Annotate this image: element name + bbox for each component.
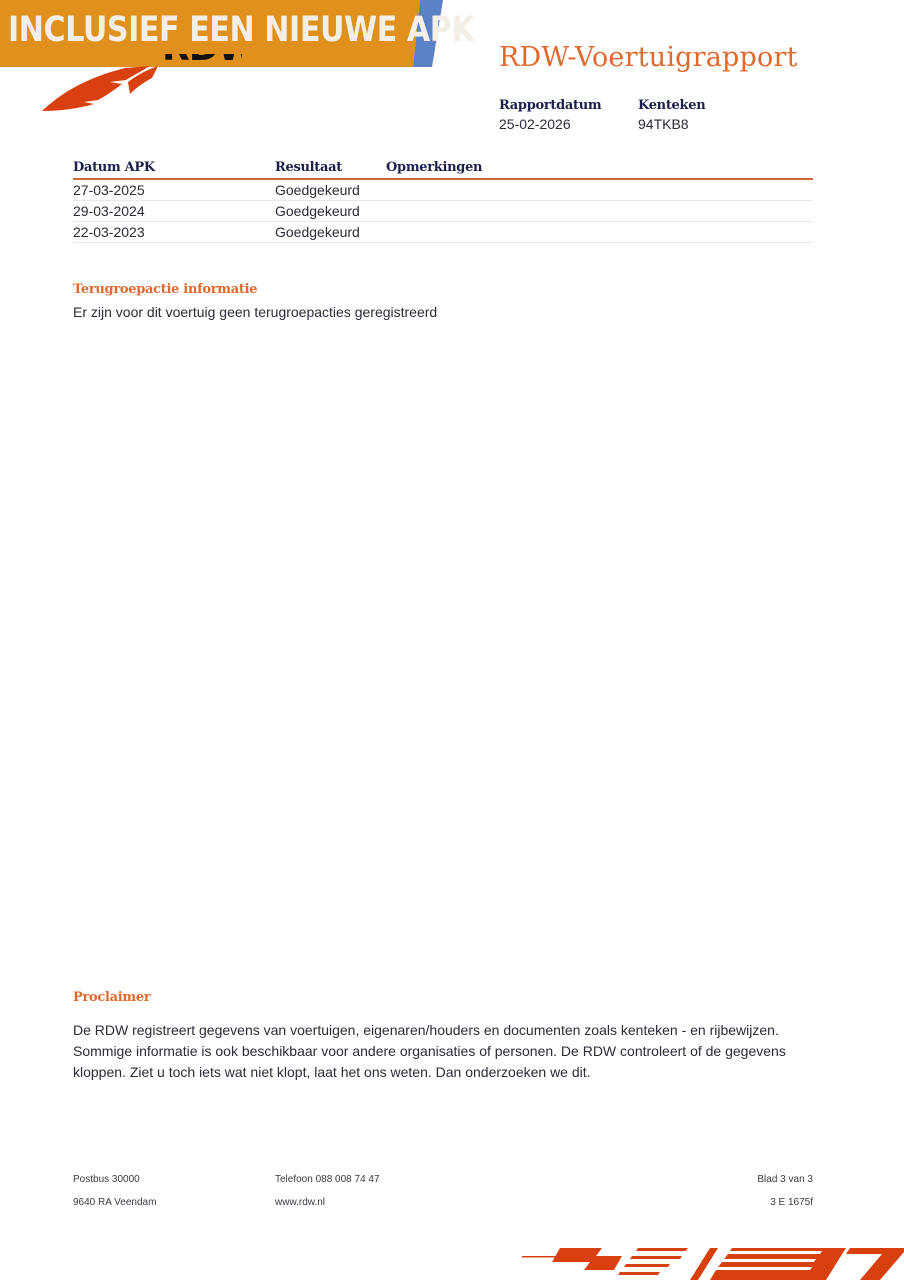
disclaimer-title: Proclaimer bbox=[73, 990, 150, 1005]
report-title: RDW-Voertuigrapport bbox=[499, 42, 798, 73]
footer-website[interactable]: www.rdw.nl bbox=[275, 1197, 325, 1208]
footer-document-code: 3 E 1675f bbox=[770, 1197, 813, 1208]
column-header-date: Datum APK bbox=[73, 160, 275, 179]
license-plate-value: 94TKB8 bbox=[638, 116, 705, 132]
apk-remarks bbox=[386, 201, 813, 222]
apk-history-table: Datum APK Resultaat Opmerkingen 27-03-20… bbox=[73, 160, 813, 243]
recall-section-title: Terugroepactie informatie bbox=[73, 282, 257, 297]
apk-date: 29-03-2024 bbox=[73, 201, 275, 222]
table-header-row: Datum APK Resultaat Opmerkingen bbox=[73, 160, 813, 179]
rdw-logo-icon bbox=[40, 66, 260, 116]
rdw-stripes-logo-icon bbox=[510, 1240, 904, 1280]
footer-address-line1: Postbus 30000 bbox=[73, 1174, 140, 1185]
disclaimer-text: De RDW registreert gegevens van voertuig… bbox=[73, 1020, 813, 1083]
disclaimer-line: De RDW registreert gegevens van voertuig… bbox=[73, 1020, 813, 1041]
recall-section-text: Er zijn voor dit voertuig geen terugroep… bbox=[73, 304, 437, 320]
table-row: 22-03-2023 Goedgekeurd bbox=[73, 222, 813, 243]
report-date-value: 25-02-2026 bbox=[499, 116, 601, 132]
apk-remarks bbox=[386, 222, 813, 243]
apk-date: 22-03-2023 bbox=[73, 222, 275, 243]
footer-phone: Telefoon 088 008 74 47 bbox=[275, 1174, 380, 1185]
report-date: Rapportdatum 25-02-2026 bbox=[499, 98, 601, 132]
footer-address-line2: 9640 RA Veendam bbox=[73, 1197, 156, 1208]
apk-result: Goedgekeurd bbox=[275, 222, 386, 243]
apk-result: Goedgekeurd bbox=[275, 201, 386, 222]
apk-date: 27-03-2025 bbox=[73, 179, 275, 201]
footer-page-number: Blad 3 van 3 bbox=[757, 1174, 813, 1185]
report-date-label: Rapportdatum bbox=[499, 98, 601, 113]
disclaimer-line: kloppen. Ziet u toch iets wat niet klopt… bbox=[73, 1062, 813, 1083]
license-plate-label: Kenteken bbox=[638, 98, 705, 113]
table-row: 29-03-2024 Goedgekeurd bbox=[73, 201, 813, 222]
license-plate: Kenteken 94TKB8 bbox=[638, 98, 705, 132]
rdw-logo-text: RDW bbox=[162, 54, 242, 68]
banner-text: INCLUSIEF EEN NIEUWE APK bbox=[8, 10, 474, 50]
disclaimer-line: Sommige informatie is ook beschikbaar vo… bbox=[73, 1041, 813, 1062]
apk-result: Goedgekeurd bbox=[275, 179, 386, 201]
apk-remarks bbox=[386, 179, 813, 201]
column-header-remarks: Opmerkingen bbox=[386, 160, 813, 179]
table-row: 27-03-2025 Goedgekeurd bbox=[73, 179, 813, 201]
column-header-result: Resultaat bbox=[275, 160, 386, 179]
